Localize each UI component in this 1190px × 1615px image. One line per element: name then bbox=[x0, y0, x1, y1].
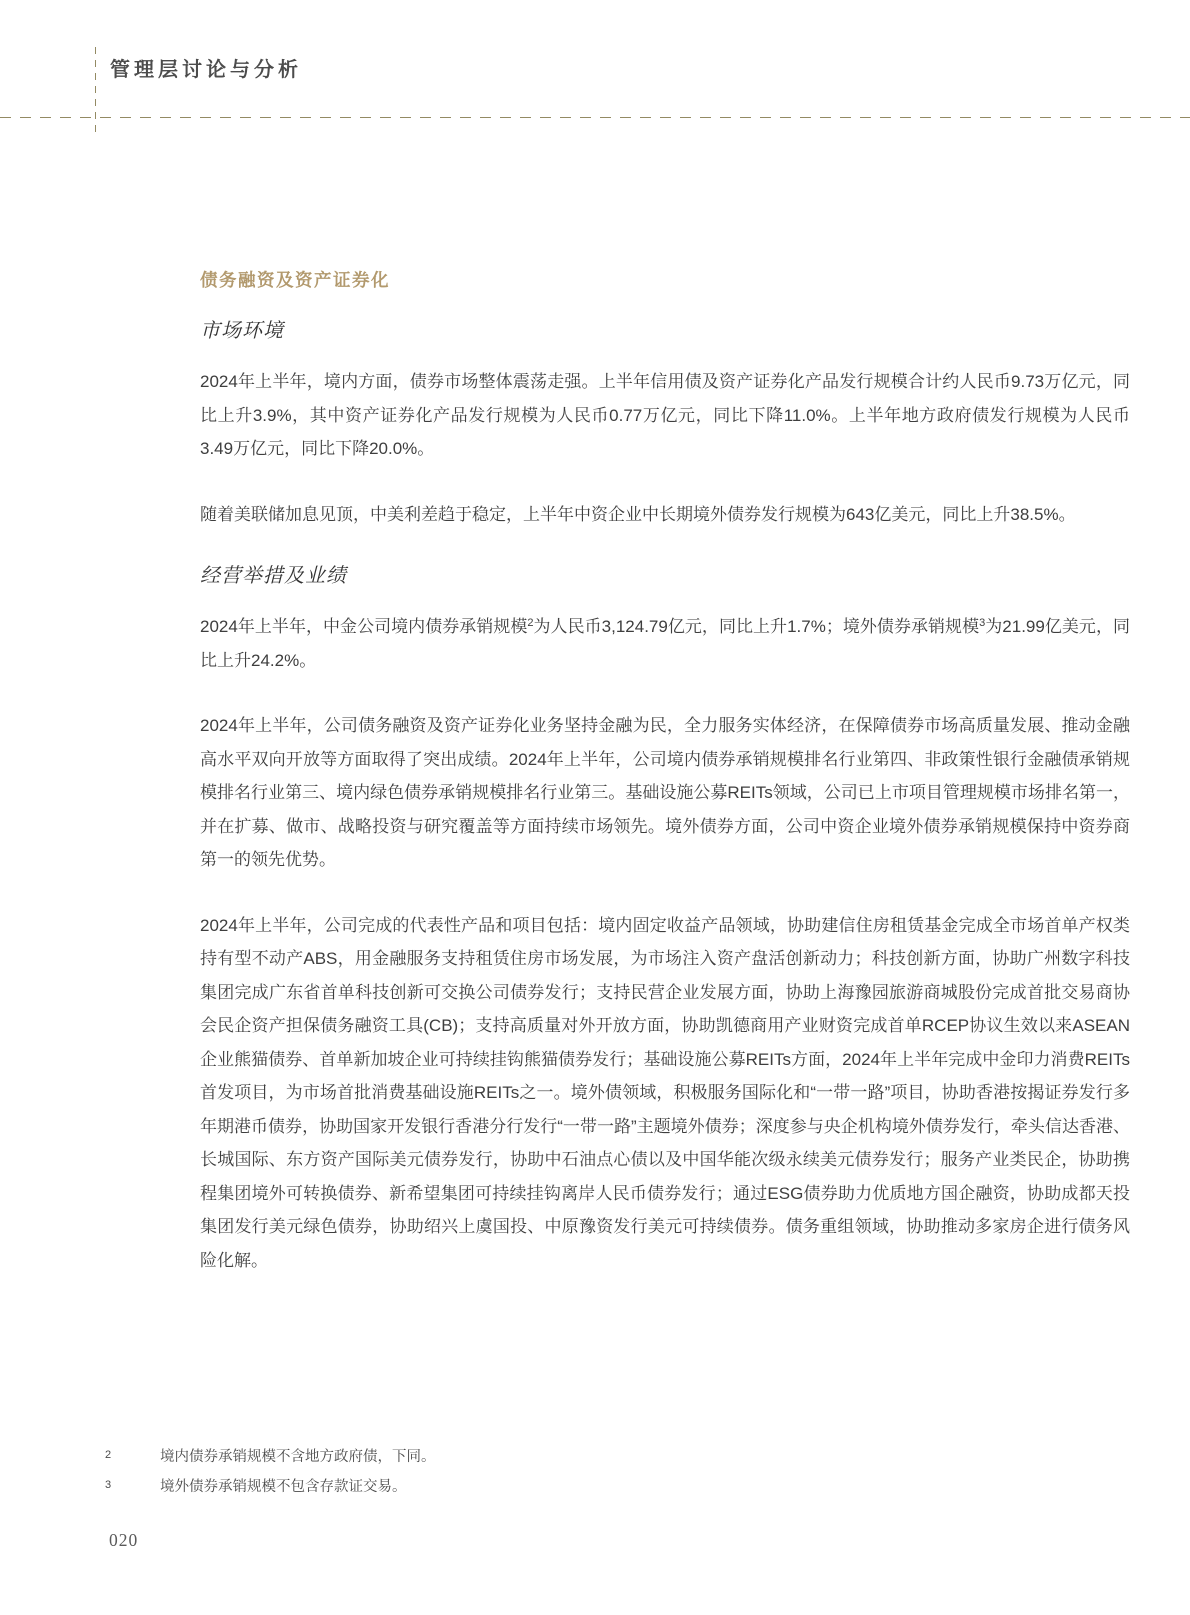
footnote-item: 2 境内债券承销规模不含地方政府债，下同。 bbox=[105, 1446, 1105, 1476]
paragraph-operations-1: 2024年上半年，中金公司境内债券承销规模2为人民币3,124.79亿元，同比上… bbox=[200, 610, 1130, 677]
report-page: 管理层讨论与分析 债务融资及资产证券化 市场环境 2024年上半年，境内方面，债… bbox=[0, 0, 1190, 1615]
section-title: 债务融资及资产证券化 bbox=[200, 268, 1130, 292]
footnote-text: 境内债券承销规模不含地方政府债，下同。 bbox=[160, 1446, 436, 1468]
subsection-heading-market: 市场环境 bbox=[200, 318, 1130, 345]
vertical-dashed-divider bbox=[95, 47, 96, 137]
paragraph-operations-2: 2024年上半年，公司债务融资及资产证券化业务坚持金融为民，全力服务实体经济，在… bbox=[200, 709, 1130, 877]
footnotes: 2 境内债券承销规模不含地方政府债，下同。 3 境外债券承销规模不包含存款证交易… bbox=[105, 1446, 1105, 1506]
page-number: 020 bbox=[109, 1530, 138, 1551]
footnote-marker: 3 bbox=[105, 1476, 160, 1494]
paragraph-market-2: 随着美联储加息见顶，中美利差趋于稳定，上半年中资企业中长期境外债券发行规模为64… bbox=[200, 498, 1130, 532]
footnote-item: 3 境外债券承销规模不包含存款证交易。 bbox=[105, 1476, 1105, 1506]
paragraph-operations-3: 2024年上半年，公司完成的代表性产品和项目包括：境内固定收益产品领域，协助建信… bbox=[200, 909, 1130, 1278]
horizontal-dashed-divider bbox=[0, 117, 1190, 118]
subsection-heading-operations: 经营举措及业绩 bbox=[200, 563, 1130, 590]
ops-p1-text-1: 2024年上半年，中金公司境内债券承销规模 bbox=[200, 617, 527, 636]
page-header-title: 管理层讨论与分析 bbox=[110, 57, 302, 83]
paragraph-market-1: 2024年上半年，境内方面，债券市场整体震荡走强。上半年信用债及资产证券化产品发… bbox=[200, 365, 1130, 466]
main-content: 债务融资及资产证券化 市场环境 2024年上半年，境内方面，债券市场整体震荡走强… bbox=[200, 268, 1130, 1309]
footnote-marker: 2 bbox=[105, 1446, 160, 1464]
footnote-text: 境外债券承销规模不包含存款证交易。 bbox=[160, 1476, 407, 1498]
ops-p1-text-2: 为人民币3,124.79亿元，同比上升1.7%；境外债券承销规模 bbox=[534, 617, 980, 636]
